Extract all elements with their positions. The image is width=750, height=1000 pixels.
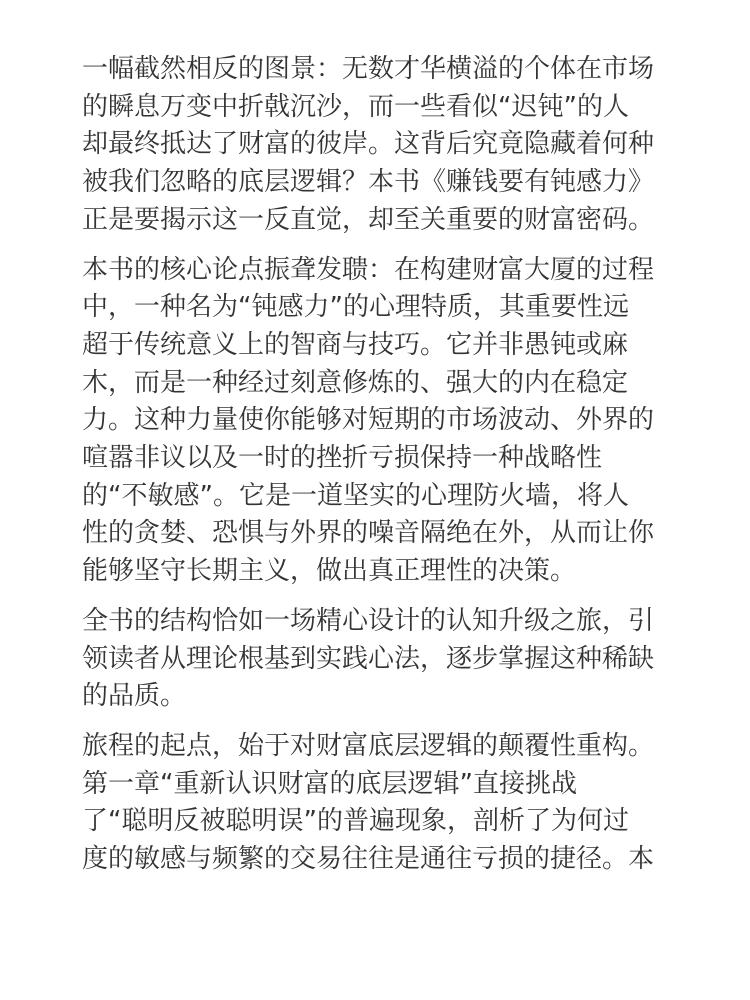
text-line: 旅程的起点，始于对财富底层逻辑的颠覆性重构。 — [82, 728, 672, 766]
text-line: 能够坚守长期主义，做出真正理性的决策。 — [82, 553, 672, 591]
text-line: 的瞬息万变中折戟沉沙，而一些看似“迟钝”的人 — [82, 89, 672, 127]
paragraph-intro: 一幅截然相反的图景：无数才华横溢的个体在市场 的瞬息万变中折戟沉沙，而一些看似“… — [82, 51, 672, 240]
paragraph-structure: 全书的结构恰如一场精心设计的认知升级之旅，引 领读者从理论根基到实践心法，逐步掌… — [82, 603, 672, 716]
text-line: 喧嚣非议以及一时的挫折亏损保持一种战略性 — [82, 440, 672, 478]
text-line: 的品质。 — [82, 678, 672, 716]
text-line: 超于传统意义上的智商与技巧。它并非愚钝或麻 — [82, 327, 672, 365]
text-line: 本书的核心论点振聋发聩：在构建财富大厦的过程 — [82, 252, 672, 290]
paragraph-core-argument: 本书的核心论点振聋发聩：在构建财富大厦的过程 中，一种名为“钝感力”的心理特质，… — [82, 252, 672, 591]
text-line: 力。这种力量使你能够对短期的市场波动、外界的 — [82, 402, 672, 440]
text-line: 了“聪明反被聪明误”的普遍现象，剖析了为何过 — [82, 803, 672, 841]
text-line: 中，一种名为“钝感力”的心理特质，其重要性远 — [82, 289, 672, 327]
article-body: 一幅截然相反的图景：无数才华横溢的个体在市场 的瞬息万变中折戟沉沙，而一些看似“… — [82, 51, 672, 891]
text-line: 性的贪婪、恐惧与外界的噪音隔绝在外，从而让你 — [82, 515, 672, 553]
text-line: 木，而是一种经过刻意修炼的、强大的内在稳定 — [82, 365, 672, 403]
paragraph-chapter-one: 旅程的起点，始于对财富底层逻辑的颠覆性重构。 第一章“重新认识财富的底层逻辑”直… — [82, 728, 672, 879]
text-line: 一幅截然相反的图景：无数才华横溢的个体在市场 — [82, 51, 672, 89]
text-line: 度的敏感与频繁的交易往往是通往亏损的捷径。本 — [82, 841, 672, 879]
text-line: 却最终抵达了财富的彼岸。这背后究竟隐藏着何种 — [82, 126, 672, 164]
text-line: 全书的结构恰如一场精心设计的认知升级之旅，引 — [82, 603, 672, 641]
text-line: 正是要揭示这一反直觉，却至关重要的财富密码。 — [82, 202, 672, 240]
text-line: 第一章“重新认识财富的底层逻辑”直接挑战 — [82, 766, 672, 804]
text-line: 领读者从理论根基到实践心法，逐步掌握这种稀缺 — [82, 641, 672, 679]
text-line: 被我们忽略的底层逻辑？本书《赚钱要有钝感力》 — [82, 164, 672, 202]
text-line: 的“不敏感”。它是一道坚实的心理防火墙，将人 — [82, 478, 672, 516]
